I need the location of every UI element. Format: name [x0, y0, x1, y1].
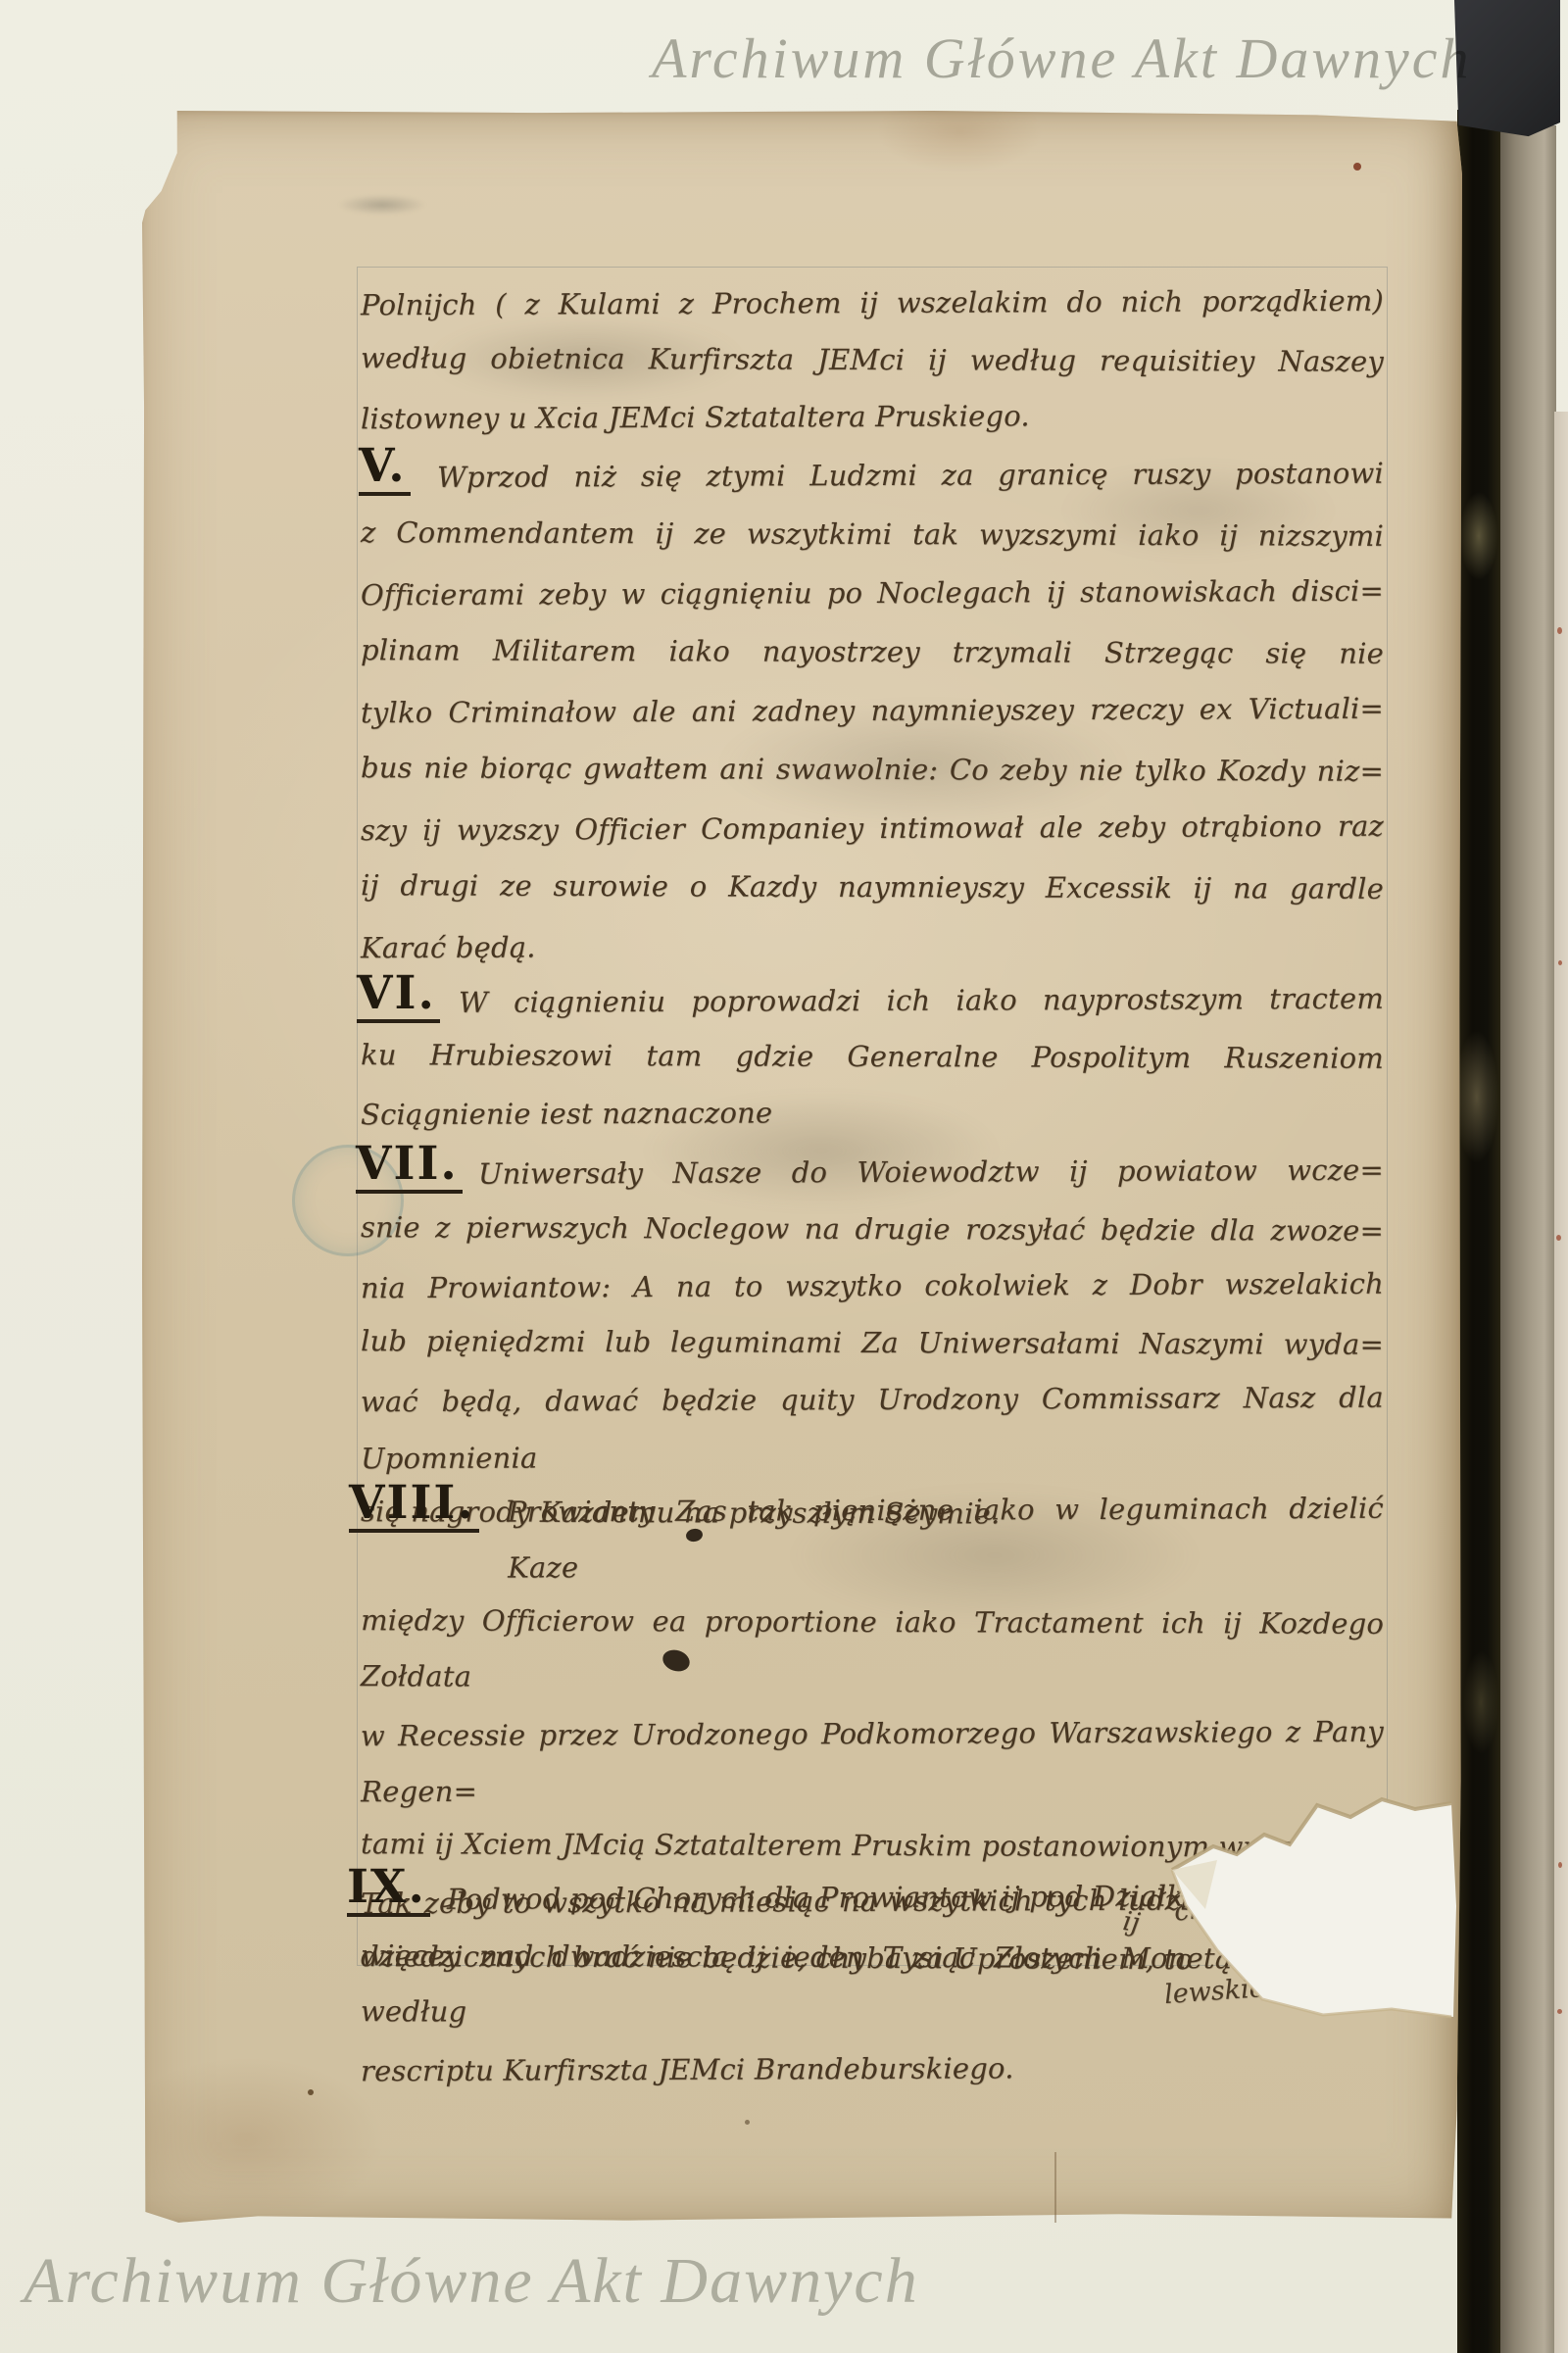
archive-watermark-top: Archiwum Główne Akt Dawnych — [652, 25, 1472, 91]
paper-crease — [1054, 2152, 1056, 2223]
foxing-spot — [308, 2089, 314, 2095]
section-ix: Podwod pod Chorych dla Prowiantow ij pod… — [361, 1867, 1384, 1988]
archive-watermark-bottom: Archiwum Główne Akt Dawnych — [24, 2244, 919, 2319]
manuscript-line: Karać będą. — [361, 914, 1384, 978]
manuscript-line: tylko Criminałow ale ani zadney naymniey… — [361, 679, 1384, 743]
page-edge-speck — [1557, 627, 1562, 634]
section-numeral-v: V. — [359, 443, 411, 496]
manuscript-line: Uniwersały Nasze do Woiewodztw ij powiat… — [361, 1142, 1384, 1203]
section-numeral-vii: VII. — [356, 1141, 463, 1194]
manuscript-line: ku Hrubieszowi tam gdzie Generalne Pospo… — [361, 1027, 1384, 1087]
manuscript-line: Wprzod niż się ztymi Ludzmi za granicę r… — [361, 444, 1384, 508]
manuscript-line: z Commendantem ij ze wszytkimi tak wyzsz… — [361, 503, 1384, 565]
section-v: Wprzod niż się ztymi Ludzmi za granicę r… — [361, 446, 1384, 975]
manuscript-line: bus nie biorąc gwałtem ani swawolnie: Co… — [361, 738, 1384, 801]
pencil-note-smudge — [331, 190, 433, 220]
archival-scan: { "archive_watermark": "Archiwum Główne … — [0, 0, 1568, 2353]
manuscript-line: ij drugi ze surowie o Kazdy naymnieyszy … — [361, 856, 1384, 918]
manuscript-line: między Officierow ea proportione iako Tr… — [361, 1593, 1384, 1708]
manuscript-line: plinam Militarem iako nayostrzey trzymal… — [361, 620, 1384, 683]
binding-gutter — [1457, 110, 1500, 2353]
page-edge-speck — [1558, 1862, 1562, 1868]
manuscript-line: rescriptu Kurfirszta JEMci Brandeburskie… — [361, 2039, 1384, 2100]
page-edge-speck — [1558, 960, 1562, 965]
manuscript-line: według obietnica Kurfirszta JEMci ij wed… — [361, 329, 1384, 390]
manuscript-line: w Recessie przez Urodzonego Podkomorzego… — [361, 1704, 1384, 1821]
manuscript-line: Polnijch ( z Kulami z Prochem ij wszelak… — [361, 272, 1384, 334]
manuscript-line: Officierami zeby w ciągnięniu po Noclega… — [361, 562, 1384, 625]
book-page-stack-edge — [1496, 125, 1556, 2353]
manuscript-line: lub pięniędzmi lub leguminami Za Uniwers… — [361, 1312, 1384, 1373]
manuscript-line: wać będą, dawać będzie quity Urodzony Co… — [361, 1369, 1384, 1488]
intro-paragraph: Polnijch ( z Kulami z Prochem ij wszelak… — [361, 274, 1384, 445]
manuscript-line: Prowianty Zas tak pięniężne iako w legum… — [361, 1481, 1384, 1597]
manuscript-line: listowney u Xcia JEMci Sztataltera Prusk… — [361, 386, 1384, 448]
manuscript-line: Sciągnienie iest naznaczone — [361, 1083, 1384, 1144]
manuscript-line: szy ij wyzszy Officier Companiey intimow… — [361, 797, 1384, 860]
section-numeral-ix: IX. — [347, 1864, 430, 1917]
manuscript-line: snie z pierwszych Noclegow na drugie roz… — [361, 1199, 1384, 1259]
manuscript-line: nia Prowiantow: A na to wszytko cokolwie… — [361, 1255, 1384, 1317]
manuscript-line: Podwod pod Chorych dla Prowiantow ij pod… — [361, 1865, 1384, 1931]
torn-text-fragment: ch — [1172, 1893, 1207, 1928]
section-numeral-viii: VIII. — [349, 1480, 479, 1533]
section-numeral-vi: VI. — [357, 970, 440, 1023]
foxing-spot — [745, 2120, 750, 2125]
manuscript-line: W ciągnieniu poprowadzi ich iako naypros… — [361, 971, 1384, 1032]
page-edge-speck — [1556, 1235, 1561, 1241]
section-vi: W ciągnieniu poprowadzi ich iako naypros… — [361, 973, 1384, 1141]
page-edge-speck — [1557, 2009, 1562, 2014]
facing-page-edge — [1554, 412, 1568, 2353]
foxing-spot — [1353, 163, 1361, 171]
